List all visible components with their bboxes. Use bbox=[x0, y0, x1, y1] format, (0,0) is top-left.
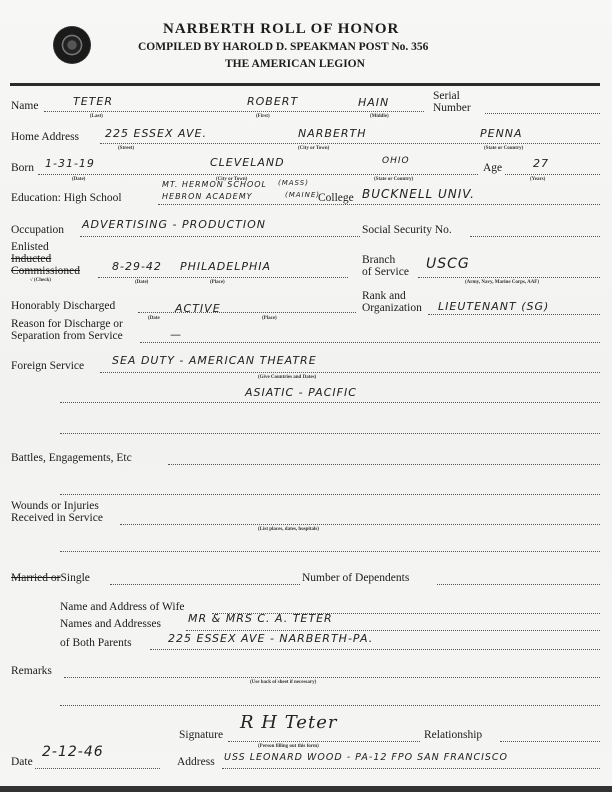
relationship-field[interactable] bbox=[500, 741, 600, 742]
remarks-label: Remarks bbox=[11, 665, 52, 677]
caption-enlisted-place: (Place) bbox=[210, 280, 225, 285]
foreign-service-value-2[interactable]: ASIATIC - PACIFIC bbox=[245, 386, 357, 399]
parents-label-2: of Both Parents bbox=[60, 637, 132, 649]
date-value[interactable]: 2-12-46 bbox=[42, 744, 104, 760]
enlisted-line bbox=[98, 277, 348, 278]
wounds-label-1: Wounds or Injuries bbox=[11, 500, 99, 512]
home-street-value[interactable]: 225 ESSEX AVE. bbox=[105, 127, 207, 140]
married-label: Married or bbox=[11, 572, 61, 584]
home-city-value[interactable]: NARBERTH bbox=[298, 127, 367, 140]
caption-first: (First) bbox=[256, 114, 270, 119]
discharged-line bbox=[138, 312, 356, 313]
reason-line bbox=[140, 342, 600, 343]
single-label: Single bbox=[61, 572, 90, 584]
serial-label-1: Serial bbox=[433, 90, 460, 102]
caption-years: (Years) bbox=[530, 177, 545, 182]
remarks-field[interactable] bbox=[64, 677, 600, 678]
home-address-label: Home Address bbox=[11, 131, 79, 143]
parents-value-2[interactable]: 225 ESSEX AVE - NARBERTH-PA. bbox=[168, 632, 373, 645]
serial-number-field[interactable] bbox=[485, 113, 600, 114]
ssn-field[interactable] bbox=[470, 236, 600, 237]
born-label: Born bbox=[11, 162, 34, 174]
foreign-service-line-1 bbox=[100, 372, 600, 373]
serial-label-2: Number bbox=[433, 102, 471, 114]
ssn-label: Social Security No. bbox=[362, 224, 452, 236]
date-label: Date bbox=[11, 756, 33, 768]
name-line bbox=[44, 111, 424, 112]
branch-line bbox=[418, 277, 600, 278]
signature-line bbox=[228, 741, 420, 742]
age-value[interactable]: 27 bbox=[533, 157, 549, 170]
branch-label-2: of Service bbox=[362, 266, 409, 278]
high-school-1-value[interactable]: MT. HERMON SCHOOL bbox=[162, 180, 267, 189]
address-value[interactable]: USS LEONARD WOOD - PA-12 FPO SAN FRANCIS… bbox=[224, 752, 508, 763]
foreign-service-line-3 bbox=[60, 433, 600, 434]
born-state-value[interactable]: OHIO bbox=[382, 156, 410, 166]
caption-discharged-place: (Place) bbox=[262, 316, 277, 321]
foreign-service-label: Foreign Service bbox=[11, 360, 84, 372]
high-school-2-note: (MAINE) bbox=[285, 191, 320, 199]
education-label: Education: High School bbox=[11, 192, 122, 204]
marital-field[interactable] bbox=[110, 584, 300, 585]
home-address-line bbox=[100, 143, 600, 144]
commissioned-label: Commissioned bbox=[11, 265, 80, 277]
parents-value-1[interactable]: MR & MRS C. A. TETER bbox=[188, 612, 333, 625]
caption-date: (Date) bbox=[72, 177, 85, 182]
caption-branch: (Army, Navy, Marine Corps, AAF) bbox=[465, 280, 539, 285]
college-value[interactable]: BUCKNELL UNIV. bbox=[362, 187, 475, 201]
parents-line-2 bbox=[150, 649, 600, 650]
name-label: Name bbox=[11, 100, 38, 112]
rank-value[interactable]: LIEUTENANT (SG) bbox=[438, 300, 549, 313]
caption-remarks: (Use back of sheet if necessary) bbox=[250, 680, 316, 685]
education-line bbox=[158, 204, 600, 205]
relationship-label: Relationship bbox=[424, 729, 482, 741]
signature-label: Signature bbox=[179, 729, 223, 741]
wounds-field[interactable] bbox=[120, 524, 600, 525]
address-label: Address bbox=[177, 756, 215, 768]
caption-discharged-date: (Date bbox=[148, 316, 160, 321]
name-first-value[interactable]: ROBERT bbox=[247, 95, 298, 108]
caption-enlisted-date: (Date) bbox=[135, 280, 148, 285]
occupation-line bbox=[80, 236, 360, 237]
foreign-service-line-2 bbox=[60, 402, 600, 403]
address-line bbox=[222, 768, 600, 769]
rank-line bbox=[428, 314, 600, 315]
bottom-border bbox=[0, 786, 612, 792]
caption-check: √ (Check) bbox=[30, 278, 51, 283]
age-label: Age bbox=[483, 162, 502, 174]
rank-label-2: Organization bbox=[362, 302, 422, 314]
college-label: College bbox=[318, 192, 354, 204]
wounds-line-2 bbox=[60, 551, 600, 552]
battles-field[interactable] bbox=[168, 464, 600, 465]
signature-value[interactable]: R H Teter bbox=[240, 712, 337, 733]
caption-last: (Last) bbox=[90, 114, 103, 119]
reason-label-1: Reason for Discharge or bbox=[11, 318, 123, 330]
name-last-value[interactable]: TETER bbox=[73, 95, 113, 108]
branch-label-1: Branch bbox=[362, 254, 395, 266]
form-title: NARBERTH ROLL OF HONOR bbox=[163, 21, 399, 38]
remarks-line-2 bbox=[60, 705, 600, 706]
rank-label-1: Rank and bbox=[362, 290, 406, 302]
parents-line-1 bbox=[186, 630, 600, 631]
caption-city: (City or Town) bbox=[298, 146, 329, 151]
caption-street: (Street) bbox=[118, 146, 134, 151]
organization-name: THE AMERICAN LEGION bbox=[225, 58, 365, 70]
caption-middle: (Middle) bbox=[370, 114, 389, 119]
home-state-value[interactable]: PENNA bbox=[480, 127, 523, 140]
american-legion-emblem-icon bbox=[53, 26, 91, 64]
reason-label-2: Separation from Service bbox=[11, 330, 123, 342]
header-divider bbox=[10, 83, 600, 86]
caption-wounds: (List places, dates, hospitals) bbox=[258, 527, 319, 532]
occupation-value[interactable]: ADVERTISING - PRODUCTION bbox=[82, 218, 266, 231]
enlisted-label: Enlisted bbox=[11, 241, 49, 253]
born-date-value[interactable]: 1-31-19 bbox=[45, 157, 95, 170]
born-city-value[interactable]: CLEVELAND bbox=[210, 156, 285, 169]
caption-signature: (Person filling out this form) bbox=[258, 744, 319, 749]
branch-value[interactable]: USCG bbox=[426, 256, 470, 272]
occupation-label: Occupation bbox=[11, 224, 64, 236]
wife-label: Name and Address of Wife bbox=[60, 601, 185, 613]
enlisted-date-value[interactable]: 8-29-42 bbox=[112, 260, 162, 273]
caption-foreign-service: (Give Countries and Dates) bbox=[258, 375, 316, 380]
dependents-field[interactable] bbox=[437, 584, 600, 585]
caption-born-state: (State or Country) bbox=[374, 177, 413, 182]
dependents-label: Number of Dependents bbox=[302, 572, 409, 584]
battles-label: Battles, Engagements, Etc bbox=[11, 452, 132, 464]
battles-line-2 bbox=[60, 494, 600, 495]
wounds-label-2: Received in Service bbox=[11, 512, 103, 524]
discharged-value[interactable]: ACTIVE bbox=[175, 302, 221, 315]
marital-label: Married orSingle bbox=[11, 572, 90, 584]
inducted-label: Inducted bbox=[11, 253, 51, 265]
enlisted-place-value[interactable]: PHILADELPHIA bbox=[180, 260, 271, 273]
high-school-1-note: (MASS) bbox=[278, 179, 309, 187]
name-middle-value[interactable]: HAIN bbox=[358, 96, 389, 109]
discharged-label: Honorably Discharged bbox=[11, 300, 115, 312]
caption-state: (State or Country) bbox=[484, 146, 523, 151]
born-line bbox=[38, 174, 478, 175]
form-page: NARBERTH ROLL OF HONOR COMPILED BY HAROL… bbox=[0, 0, 612, 792]
age-line bbox=[505, 174, 600, 175]
date-line bbox=[35, 768, 160, 769]
reason-value[interactable]: — bbox=[170, 328, 182, 341]
foreign-service-value-1[interactable]: SEA DUTY - AMERICAN THEATRE bbox=[112, 354, 317, 367]
high-school-2-value[interactable]: HEBRON ACADEMY bbox=[162, 192, 252, 201]
parents-label-1: Names and Addresses bbox=[60, 618, 161, 630]
form-subtitle: COMPILED BY HAROLD D. SPEAKMAN POST No. … bbox=[138, 41, 428, 53]
